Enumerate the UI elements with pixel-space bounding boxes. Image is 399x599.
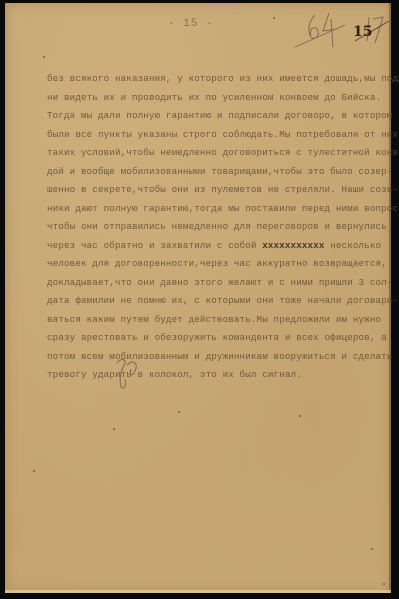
text-line: чтобы они отправились немедленно для пер… <box>47 218 387 237</box>
text-segment: через час обратно и захватили с собой <box>47 240 257 251</box>
text-line: ники дают полную гарантию,тогда мы поста… <box>47 200 387 219</box>
text-line: через час обратно и захватили с собой хх… <box>47 237 387 256</box>
text-line: были все пункты указаны строго соблюдать… <box>47 126 387 145</box>
text-line: ваться каким путем будет действовать.Мы … <box>47 311 387 330</box>
text-line: ни видеть их и проводить их по усиленном… <box>47 89 387 108</box>
paper-speck <box>299 415 301 417</box>
text-line: сразу арестовать и обезоружить командент… <box>47 329 387 348</box>
paper-speck <box>273 17 275 19</box>
paper-speck <box>178 411 180 413</box>
handwritten-mark-icon <box>113 355 143 391</box>
text-segment: несколько <box>330 240 381 251</box>
folio-stamp: 15 <box>353 24 372 40</box>
typed-page-number: - 15 - <box>168 18 214 30</box>
text-line: дой и вообще мобилизованными товарищами,… <box>47 163 387 182</box>
paper-speck <box>371 548 373 550</box>
text-line: тревогу ударить в колокол, это их был си… <box>47 366 387 385</box>
text-line: без всякого наказания, у которого из них… <box>47 70 387 89</box>
paper-speck <box>383 583 385 585</box>
text-line: дата фамилии не помню их, с которыми они… <box>47 292 387 311</box>
text-line: потом всем мобилизованным и дружинникам … <box>47 348 387 367</box>
text-line: человек для договоренности,через час акк… <box>47 255 387 274</box>
text-line: докладывает,что они давно этого желают и… <box>47 274 387 293</box>
handwritten-crossed-number-icon <box>293 9 348 49</box>
struck-out-text: ххххххххххх <box>262 240 324 251</box>
text-line: таких условий,чтобы немедленно договорит… <box>47 144 387 163</box>
text-line: шенно в секрете,чтобы они из пулеметов н… <box>47 181 387 200</box>
text-line: Тогда мы дали полную гарантию и подписал… <box>47 107 387 126</box>
paper-speck <box>33 470 35 472</box>
paper-speck <box>113 428 115 430</box>
typed-body: без всякого наказания, у которого из них… <box>47 70 387 385</box>
paper-speck <box>43 56 45 58</box>
document-page: - 15 - 15 без всякого наказания, у котор… <box>5 3 391 593</box>
